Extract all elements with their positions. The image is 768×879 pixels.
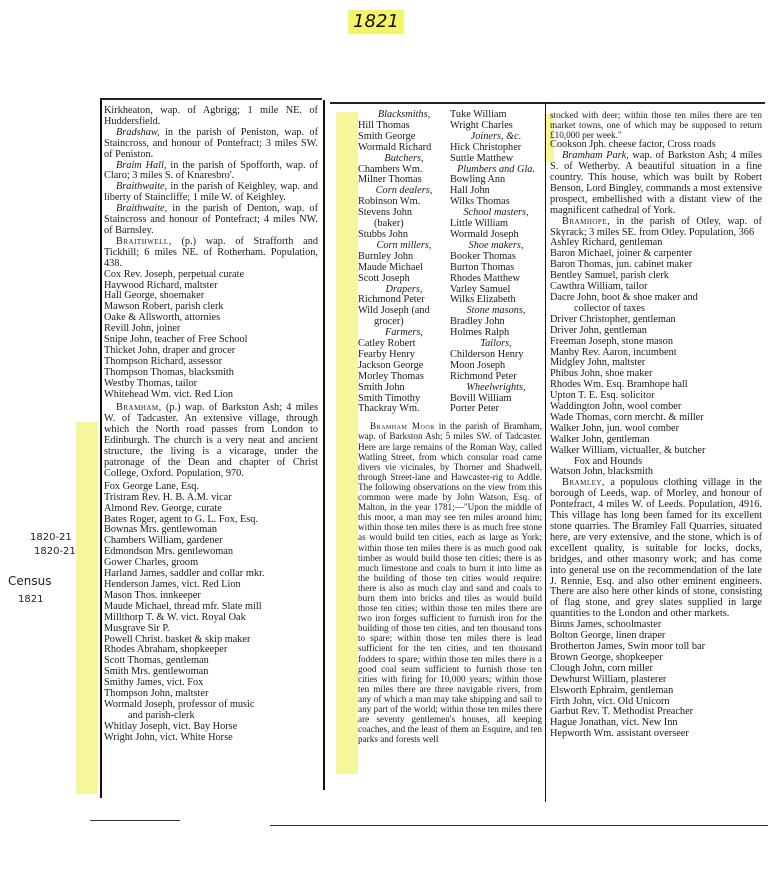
- bramhope-residents: Ashley Richard, gentleman Baron Michael,…: [550, 238, 762, 478]
- torn-edge-right: [270, 825, 768, 826]
- trades-left: Blacksmiths,Hill ThomasSmith GeorgeWorma…: [358, 110, 450, 415]
- entry-bramhope: Bramhope, in the parish of Otley, wap. o…: [550, 217, 762, 239]
- highlight-middle: [336, 112, 358, 774]
- entry-braim-hall: Braim Hall, in the parish of Spofforth, …: [104, 161, 318, 183]
- tradesperson: Maude Michael: [358, 263, 450, 274]
- page-rule-right: [330, 102, 765, 104]
- resident: Elsworth Ephraim, gentleman: [550, 686, 762, 697]
- tradesperson: Stevens John: [358, 208, 450, 219]
- tradesperson: Suttle Matthew: [450, 154, 542, 165]
- resident: Driver John, gentleman: [550, 326, 762, 337]
- entry-braithwaite-denton: Braithwaite, in the parish of Denton, wa…: [104, 204, 318, 237]
- entry-bramham-moor: Bramham Moor in the parish of Bramham, w…: [358, 421, 542, 744]
- resident: Cox Rev. Joseph, perpetual curate: [104, 270, 318, 281]
- tradesperson: Burton Thomas: [450, 263, 542, 274]
- resident: Tristram Rev. H. B. A.M. vicar: [104, 493, 318, 504]
- braithwell-residents: Cox Rev. Joseph, perpetual curate Haywoo…: [104, 270, 318, 401]
- margin-note-census: Census: [8, 574, 51, 588]
- entry-bradshaw: Bradshaw, in the parish of Peniston, wap…: [104, 128, 318, 161]
- margin-note-dates-2: 1820-21: [34, 546, 76, 557]
- tradesperson: Smith John: [358, 383, 450, 394]
- moor-continuation: stocked with deer; within those ten mile…: [550, 110, 762, 140]
- resident: Freeman Joseph, stone mason: [550, 337, 762, 348]
- resident: Hepworth Wm. assistant overseer: [550, 729, 762, 740]
- highlight-left: [76, 422, 98, 794]
- middle-column: Blacksmiths,Hill ThomasSmith GeorgeWorma…: [358, 110, 542, 744]
- resident: Almond Rev. George, curate: [104, 504, 318, 515]
- resident: Wright John, vict. White Horse: [104, 733, 318, 744]
- bramham-trades: Blacksmiths,Hill ThomasSmith GeorgeWorma…: [358, 110, 542, 415]
- torn-edge-left: [90, 820, 180, 821]
- tradesperson: Rhodes Matthew: [450, 274, 542, 285]
- column-rule-2: [323, 100, 325, 790]
- resident: Dewhurst William, plasterer: [550, 675, 762, 686]
- trade-category: Butchers,: [358, 154, 450, 165]
- entry-bramley: Bramley, a populous clothing village in …: [550, 478, 762, 620]
- tradesperson: Scott Joseph: [358, 274, 450, 285]
- column-rule-1: [100, 98, 102, 798]
- resident: Walker William, victualler, & butcher: [550, 446, 762, 457]
- year-tag: 1821: [348, 10, 404, 34]
- tradesperson: Porter Peter: [450, 404, 542, 415]
- entry-braithwaite-keighley: Braithwaite, in the parish of Keighley, …: [104, 182, 318, 204]
- tradesperson: Wild Joseph (and: [358, 306, 450, 317]
- entry-bramham-park: Bramham Park, wap. of Barkston Ash; 4 mi…: [550, 151, 762, 216]
- margin-note-dates-1: 1820-21: [30, 532, 72, 543]
- tradesperson: Hick Christopher: [450, 143, 542, 154]
- trade-category: Wheelwrights,: [450, 383, 542, 394]
- right-column: stocked with deer; within those ten mile…: [550, 110, 762, 740]
- entry-braithwell: Braithwell, (p.) wap. of Strafforth and …: [104, 237, 318, 270]
- tradesperson: Thackray Wm.: [358, 404, 450, 415]
- bramley-residents: Binns James, schoolmaster Bolton George,…: [550, 620, 762, 740]
- resident: Whitehead Wm. vict. Red Lion: [104, 390, 318, 401]
- page-rule-left: [100, 98, 322, 100]
- trades-right: Tuke WilliamWright CharlesJoiners, &c.Hi…: [450, 110, 542, 415]
- tradesperson: Wormald Richard: [358, 143, 450, 154]
- left-column: Kirkheaton, wap. of Agbrigg; 1 mile NE. …: [104, 106, 318, 744]
- entry-kirkheaton: Kirkheaton, wap. of Agbrigg; 1 mile NE. …: [104, 106, 318, 128]
- bramham-residents: Fox George Lane, Esq. Tristram Rev. H. B…: [104, 482, 318, 744]
- resident: Westby Thomas, tailor: [104, 379, 318, 390]
- entry-bramham: Bramham, (p.) wap. of Barkston Ash; 4 mi…: [104, 403, 318, 479]
- column-rule-3: [545, 102, 546, 802]
- resident: Millthorp T. & W. vict. Royal Oak: [104, 613, 318, 624]
- resident: Musgrave Sir P.: [104, 624, 318, 635]
- margin-note-year: 1821: [18, 594, 43, 605]
